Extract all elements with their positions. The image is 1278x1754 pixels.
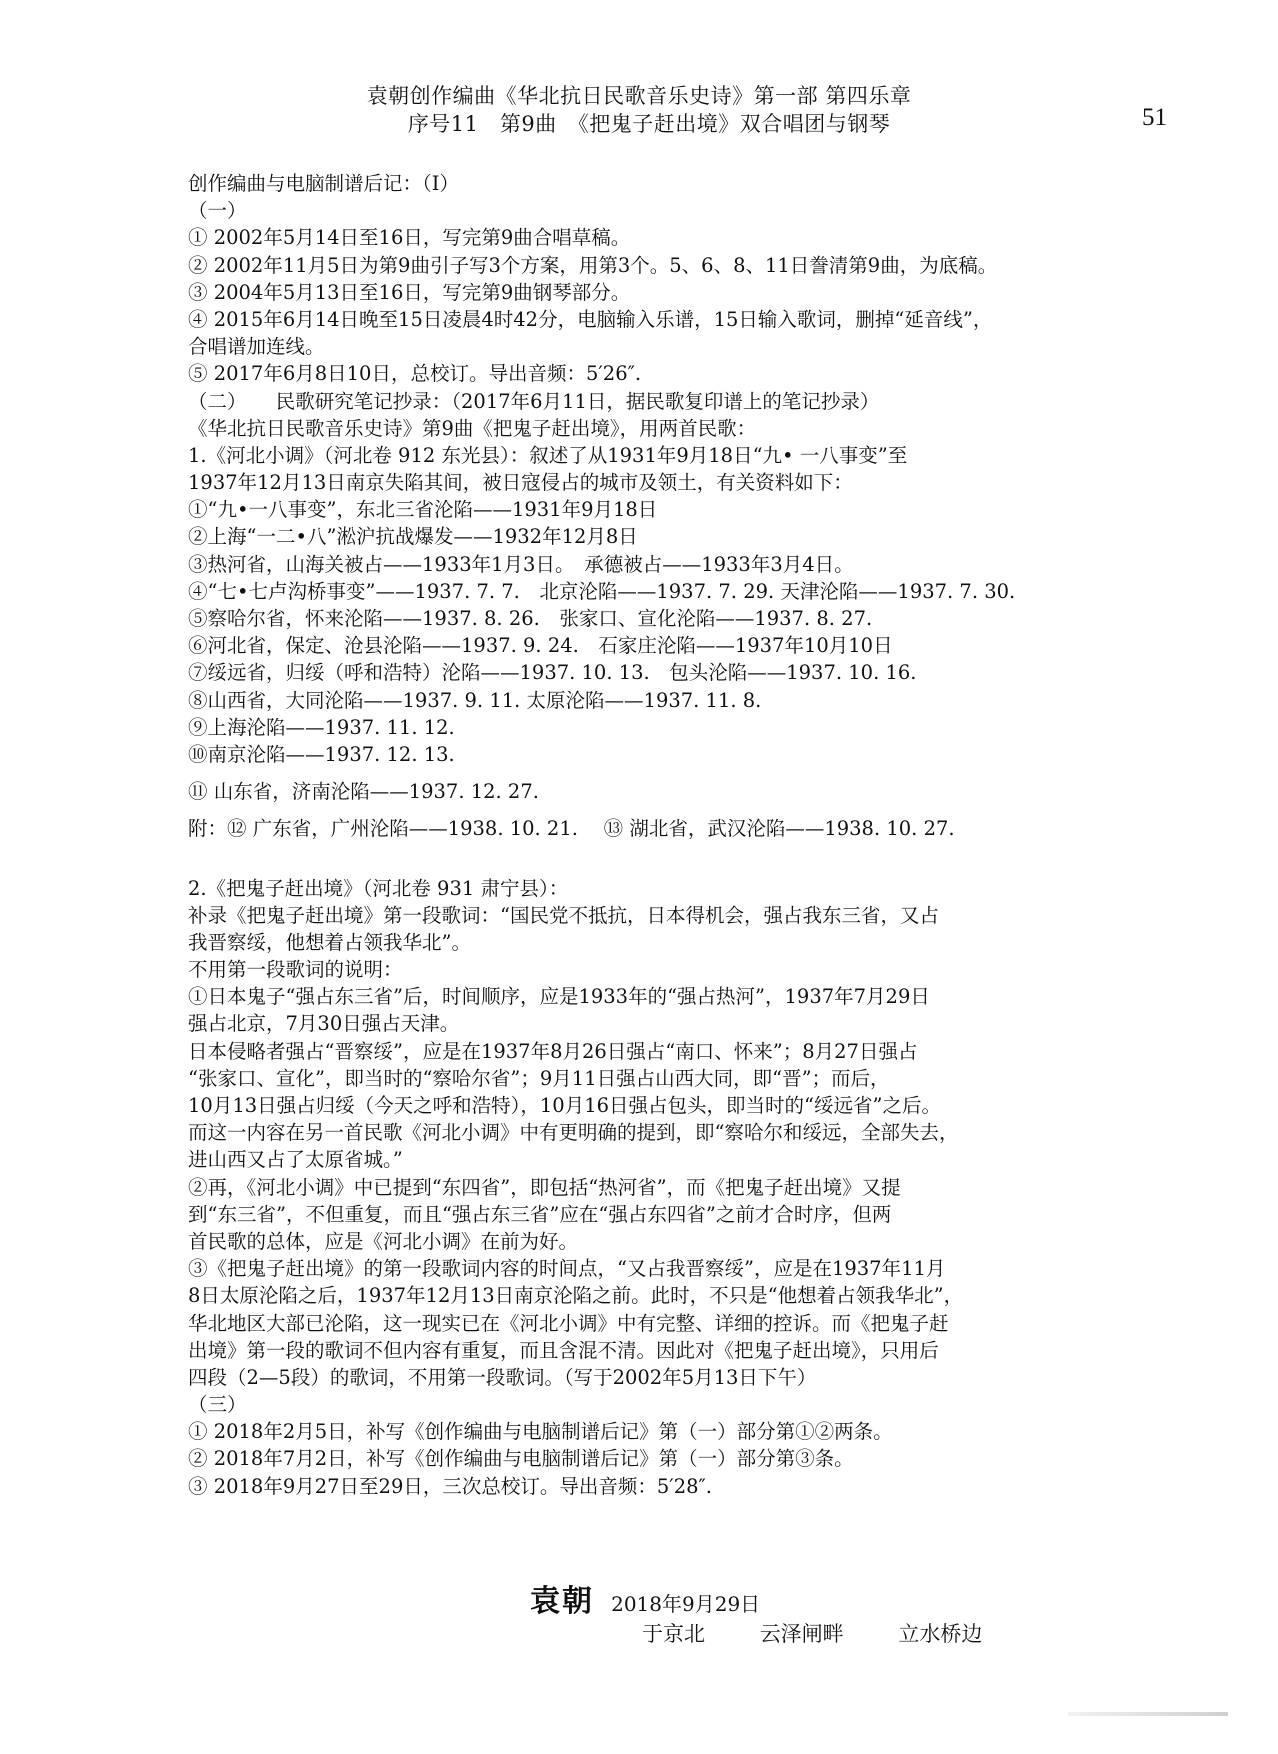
section-3-item: ① 2018年2月5日，补写《创作编曲与电脑制谱后记》第（一）部分第①②两条。 [188,1418,1178,1445]
event-item: ⑥河北省，保定、沧县沦陷——1937. 9. 24. 石家庄沦陷——1937年1… [188,632,1178,659]
song-2-lyrics-continued: 我晋察绥，他想着占领我华北”。 [188,929,1178,956]
location-part: 于京北 [642,1622,705,1646]
signature-date: 2018年9月29日 [611,1592,760,1616]
song-2-title: 2.《把鬼子赶出境》（河北卷 931 肃宁县）： [188,875,1178,902]
event-item: ③热河省，山海关被占——1933年1月3日。 承德被占——1933年3月4日。 [188,551,1178,578]
section-1-item: ① 2002年5月14日至16日，写完第9曲合唱草稿。 [188,224,1178,251]
section-1-item: ③ 2004年5月13日至16日，写完第9曲钢琴部分。 [188,279,1178,306]
explanation-line: ①日本鬼子“强占东三省”后，时间顺序，应是1933年的“强占热河”，1937年7… [188,983,1178,1010]
signature-location: 于京北 云泽闸畔 立水桥边 [642,1618,1012,1648]
explanation-line: “张家口、宣化”，即当时的“察哈尔省”；9月11日强占山西大同，即“晋”；而后， [188,1065,1178,1092]
section-3-heading: （三） [188,1391,1178,1418]
song-2-lyrics: 补录《把鬼子赶出境》第一段歌词：“国民党不抵抗，日本得机会，强占我东三省，又占 [188,902,1178,929]
explanation-line: 进山西又占了太原省城。” [188,1146,1178,1173]
section-1-item: ② 2002年11月5日为第9曲引子写3个方案，用第3个。5、6、8、11日誊清… [188,252,1178,279]
explanation-line: 日本侵略者强占“晋察绥”，应是在1937年8月26日强占“南口、怀来”；8月27… [188,1038,1178,1065]
section-3-item: ③ 2018年9月27日至29日，三次总校订。导出音频：5′28″. [188,1473,1178,1500]
explanation-line: 四段（2—5段）的歌词，不用第一段歌词。（写于2002年5月13日下午） [188,1364,1178,1391]
event-item: ⑦绥远省，归绥（呼和浩特）沦陷——1937. 10. 13. 包头沦陷——193… [188,659,1178,686]
page-number: 51 [1142,104,1167,132]
event-item: ②上海“一二•八”淞沪抗战爆发——1932年12月8日 [188,523,1178,550]
event-item: ⑩南京沦陷——1937. 12. 13. [188,741,1178,768]
explanation-line: 8日太原沦陷之后，1937年12月13日南京沦陷之前。此时，不只是“他想着占领我… [188,1282,1178,1309]
event-item: ⑪ 山东省，济南沦陷——1937. 12. 27. [188,778,1178,805]
event-appendix: 附：⑫ 广东省，广州沦陷——1938. 10. 21. ⑬ 湖北省，武汉沦陷——… [188,815,1178,842]
author-name: 袁朝 [530,1584,594,1619]
explanation-line: 而这一内容在另一首民歌《河北小调》中有更明确的提到，即“察哈尔和绥远，全部失去， [188,1119,1178,1146]
event-item: ⑧山西省，大同沦陷——1937. 9. 11. 太原沦陷——1937. 11. … [188,687,1178,714]
explanation-line: 华北地区大部已沦陷，这一现实已在《河北小调》中有完整、详细的控诉。而《把鬼子赶 [188,1310,1178,1337]
afterword-title: 创作编曲与电脑制谱后记：（Ⅰ） [188,170,1178,197]
section-1-item: ⑤ 2017年6月8日10日，总校订。导出音频：5′26″. [188,360,1178,387]
event-item: ⑨上海沦陷——1937. 11. 12. [188,714,1178,741]
running-header-subtitle: 序号11 第9曲 《把鬼子赶出境》双合唱团与钢琴 [0,108,1278,138]
explanation-line: 出境》第一段的歌词不但内容有重复，而且含混不清。因此对《把鬼子赶出境》，只用后 [188,1337,1178,1364]
location-part: 云泽闸畔 [760,1622,844,1646]
explanation-line: 强占北京，7月30日强占天津。 [188,1010,1178,1037]
faint-watermark [1068,1712,1228,1716]
explanation-line: 10月13日强占归绥（今天之呼和浩特），10月16日强占包头，即当时的“绥远省”… [188,1092,1178,1119]
explanation-line: ②再，《河北小调》中已提到“东四省”，即包括“热河省”，而《把鬼子赶出境》又提 [188,1174,1178,1201]
section-1-heading: （一） [188,197,1178,224]
section-2-heading: （二） 民歌研究笔记抄录：（2017年6月11日，据民歌复印谱上的笔记抄录） [188,388,1178,415]
song-1-title-continued: 1937年12月13日南京失陷其间，被日寇侵占的城市及领土，有关资料如下： [188,469,1178,496]
section-2-intro: 《华北抗日民歌音乐史诗》第9曲《把鬼子赶出境》，用两首民歌： [188,415,1178,442]
afterword-body: 创作编曲与电脑制谱后记：（Ⅰ） （一） ① 2002年5月14日至16日，写完第… [188,170,1178,1500]
explanation-heading: 不用第一段歌词的说明： [188,956,1178,983]
running-header-title: 袁朝创作编曲《华北抗日民歌音乐史诗》第一部 第四乐章 [0,80,1278,110]
explanation-line: 到“东三省”，不但重复，而且“强占东三省”应在“强占东四省”之前才合时序，但两 [188,1201,1178,1228]
event-item: ④“七•七卢沟桥事变”——1937. 7. 7. 北京沦陷——1937. 7. … [188,578,1178,605]
event-item: ①“九•一八事变”，东北三省沦陷——1931年9月18日 [188,496,1178,523]
explanation-line: 首民歌的总体，应是《河北小调》在前为好。 [188,1228,1178,1255]
section-3-item: ② 2018年7月2日，补写《创作编曲与电脑制谱后记》第（一）部分第③条。 [188,1445,1178,1472]
explanation-line: ③《把鬼子赶出境》的第一段歌词内容的时间点，“又占我晋察绥”，应是在1937年1… [188,1255,1178,1282]
song-1-title: 1.《河北小调》（河北卷 912 东光县）：叙述了从1931年9月18日“九• … [188,442,1178,469]
section-1-item: ④ 2015年6月14日晚至15日凌晨4时42分，电脑输入乐谱，15日输入歌词，… [188,306,1178,333]
event-item: ⑤察哈尔省，怀来沦陷——1937. 8. 26. 张家口、宣化沦陷——1937.… [188,605,1178,632]
location-part: 立水桥边 [898,1622,982,1646]
document-page: 袁朝创作编曲《华北抗日民歌音乐史诗》第一部 第四乐章 序号11 第9曲 《把鬼子… [0,0,1278,1754]
signature-block: 袁朝 2018年9月29日 [530,1576,760,1620]
section-1-item-continued: 合唱谱加连线。 [188,333,1178,360]
